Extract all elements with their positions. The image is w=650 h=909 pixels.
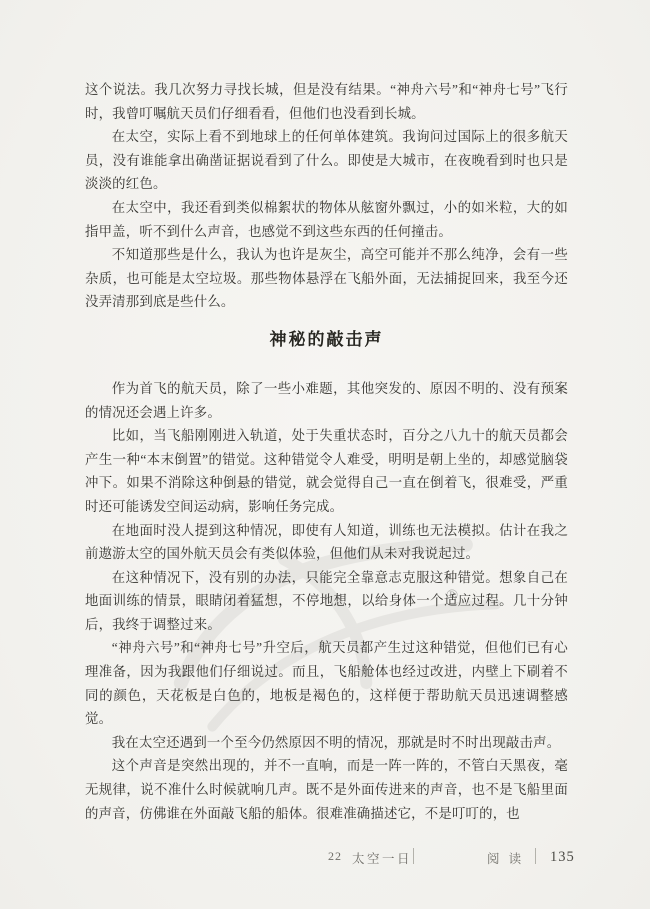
footer-divider xyxy=(535,848,536,864)
paragraph: “神舟六号”和“神舟七号”升空后，航天员都产生过这种错觉，但他们已有心理准备，因… xyxy=(85,636,568,730)
paragraph: 在太空，实际上看不到地球上的任何单体建筑。我询问过国际上的很多航天员，没有谁能拿… xyxy=(85,125,568,196)
paragraph: 这个说法。我几次努力寻找长城，但是没有结果。“神舟六号”和“神舟七号”飞行时，我… xyxy=(85,78,568,125)
footer-divider xyxy=(413,848,414,864)
paragraph: 这个声音是突然出现的，并不一直响，而是一阵一阵的，不管白天黑夜，毫无规律，说不准… xyxy=(85,754,568,825)
section-heading: 神秘的敲击声 xyxy=(85,329,568,351)
paragraph: 作为首飞的航天员，除了一些小难题，其他突发的、原因不明的、没有预案的情况还会遇上… xyxy=(85,377,568,424)
paragraph: 在这种情况下，没有别的办法，只能完全靠意志克服这种错觉。想象自己在地面训练的情景… xyxy=(85,566,568,637)
lesson-number: 22 xyxy=(328,849,342,864)
unit-section-label: 阅 读 xyxy=(487,849,524,867)
paragraph: 我在太空还遇到一个至今仍然原因不明的情况，那就是时不时出现敲击声。 xyxy=(85,731,568,755)
book-page: ® 这个说法。我几次努力寻找长城，但是没有结果。“神舟六号”和“神舟七号”飞行时… xyxy=(0,0,650,909)
page-number: 135 xyxy=(550,849,575,866)
paragraph: 在太空中，我还看到类似棉絮状的物体从舷窗外飘过，小的如米粒，大的如指甲盖，听不到… xyxy=(85,196,568,243)
paragraph: 不知道那些是什么，我认为也许是灰尘，高空可能并不那么纯净，会有一些杂质，也可能是… xyxy=(85,243,568,314)
paragraph: 在地面时没人提到这种情况，即使有人知道，训练也无法模拟。估计在我之前遨游太空的国… xyxy=(85,519,568,566)
paragraph: 比如，当飞船刚刚进入轨道，处于失重状态时，百分之八九十的航天员都会产生一种“本末… xyxy=(85,424,568,518)
page-footer: 22 太空一日 阅 读 135 xyxy=(0,847,650,869)
lesson-title: 太空一日 xyxy=(352,849,412,867)
text-column: 这个说法。我几次努力寻找长城，但是没有结果。“神舟六号”和“神舟七号”飞行时，我… xyxy=(85,78,568,825)
